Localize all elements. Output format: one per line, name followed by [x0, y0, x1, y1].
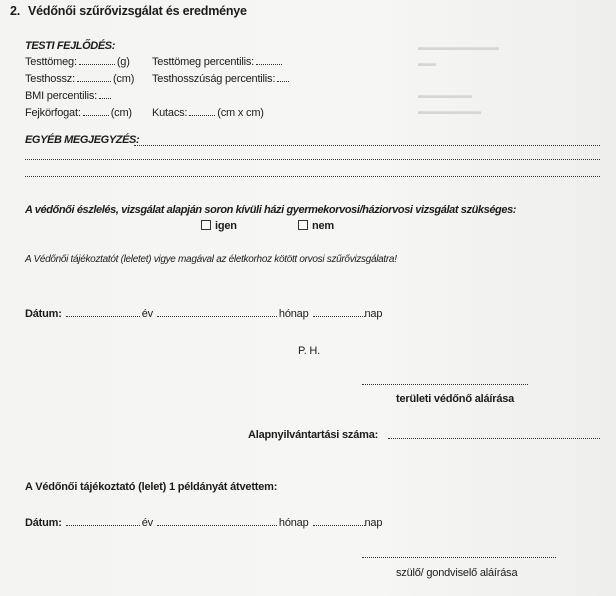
referral-option-no[interactable]: nem [298, 220, 334, 232]
registry-label: Alapnyilvántartási száma: [248, 429, 378, 441]
date-field-2[interactable]: Dátum:évhónapnap [25, 516, 382, 529]
month-label-1: hónap [279, 308, 309, 320]
weight-field[interactable]: Testtömeg:(g) [25, 55, 130, 68]
height-label: Testhossz: [25, 73, 75, 85]
head-circumference-label: Fejkörfogat: [25, 107, 81, 119]
nurse-signature-label: területi védőnő aláírása [396, 393, 514, 405]
day-input-1[interactable] [313, 307, 365, 317]
height-input[interactable] [77, 72, 111, 82]
weight-label: Testtömeg: [25, 56, 77, 68]
day-label-1: nap [365, 308, 383, 320]
bmi-percentile-input[interactable] [99, 89, 111, 99]
bleed-through-text: ▬▬ [418, 58, 436, 68]
notes-line-2[interactable] [25, 159, 600, 160]
month-label-2: hónap [279, 517, 309, 529]
length-percentile-field[interactable]: Testhosszúság percentilis: [152, 72, 291, 85]
weight-percentile-input[interactable] [256, 55, 282, 65]
length-percentile-input[interactable] [277, 72, 289, 82]
bleed-through-text: ▬▬▬▬▬▬▬▬▬ [418, 42, 499, 52]
option-no-label: nem [312, 220, 334, 232]
notes-label: EGYÉB MEGJEGYZÉS: [25, 134, 139, 146]
section-number: 2. [10, 4, 20, 18]
year-input-1[interactable] [66, 307, 140, 317]
year-input-2[interactable] [66, 516, 140, 526]
head-circumference-input[interactable] [83, 106, 109, 116]
day-label-2: nap [365, 517, 383, 529]
registry-input[interactable] [388, 438, 600, 439]
parent-signature-line[interactable] [362, 557, 556, 558]
referral-option-yes[interactable]: igen [201, 220, 237, 232]
notes-line-1[interactable] [134, 145, 600, 146]
receipt-statement: A Védőnői tájékoztató (lelet) 1 példányá… [25, 481, 277, 493]
bleed-through-text: ▬▬▬▬▬▬▬ [418, 106, 481, 116]
height-unit: (cm) [113, 73, 134, 85]
date-label-2: Dátum: [25, 517, 62, 529]
weight-percentile-field[interactable]: Testtömeg percentilis: [152, 55, 284, 68]
section-title-text: Védőnői szűrővizsgálat és eredménye [28, 4, 247, 18]
reminder-text: A Védőnői tájékoztatót (leletet) vigye m… [25, 254, 397, 265]
checkbox-yes[interactable] [201, 220, 211, 230]
option-yes-label: igen [215, 220, 237, 232]
body-development-heading: TESTI FEJLŐDÉS: [25, 40, 115, 52]
date-field-1[interactable]: Dátum:évhónapnap [25, 307, 382, 320]
nurse-signature-line[interactable] [362, 384, 528, 385]
year-label-2: év [142, 517, 153, 529]
checkbox-no[interactable] [298, 220, 308, 230]
day-input-2[interactable] [313, 516, 365, 526]
parent-signature-label: szülő/ gondviselő aláírása [396, 567, 517, 579]
head-circumference-field[interactable]: Fejkörfogat:(cm) [25, 106, 132, 119]
bmi-percentile-label: BMI percentilis: [25, 90, 97, 102]
notes-line-3[interactable] [25, 176, 600, 177]
weight-input[interactable] [79, 55, 115, 65]
height-field[interactable]: Testhossz:(cm) [25, 72, 134, 85]
stamp-placeholder: P. H. [298, 345, 320, 357]
bmi-percentile-field[interactable]: BMI percentilis: [25, 89, 113, 102]
fontanelle-label: Kutacs: [152, 107, 187, 119]
form-page: ▬▬▬▬▬▬▬▬▬ ▬▬ ▬▬▬▬▬▬ ▬▬▬▬▬▬▬ 2.Védőnői sz… [0, 0, 616, 596]
year-label-1: év [142, 308, 153, 320]
section-title: 2.Védőnői szűrővizsgálat és eredménye [10, 4, 247, 18]
weight-unit: (g) [117, 56, 130, 68]
month-input-1[interactable] [157, 307, 277, 317]
fontanelle-input[interactable] [189, 106, 215, 116]
fontanelle-field[interactable]: Kutacs:(cm x cm) [152, 106, 264, 119]
weight-percentile-label: Testtömeg percentilis: [152, 56, 254, 68]
referral-question: A védőnői észlelés, vizsgálat alapján so… [25, 204, 516, 216]
length-percentile-label: Testhosszúság percentilis: [152, 73, 275, 85]
month-input-2[interactable] [157, 516, 277, 526]
bleed-through-text: ▬▬▬▬▬▬ [418, 90, 472, 100]
date-label-1: Dátum: [25, 308, 62, 320]
fontanelle-unit: (cm x cm) [217, 107, 263, 119]
head-circumference-unit: (cm) [111, 107, 132, 119]
